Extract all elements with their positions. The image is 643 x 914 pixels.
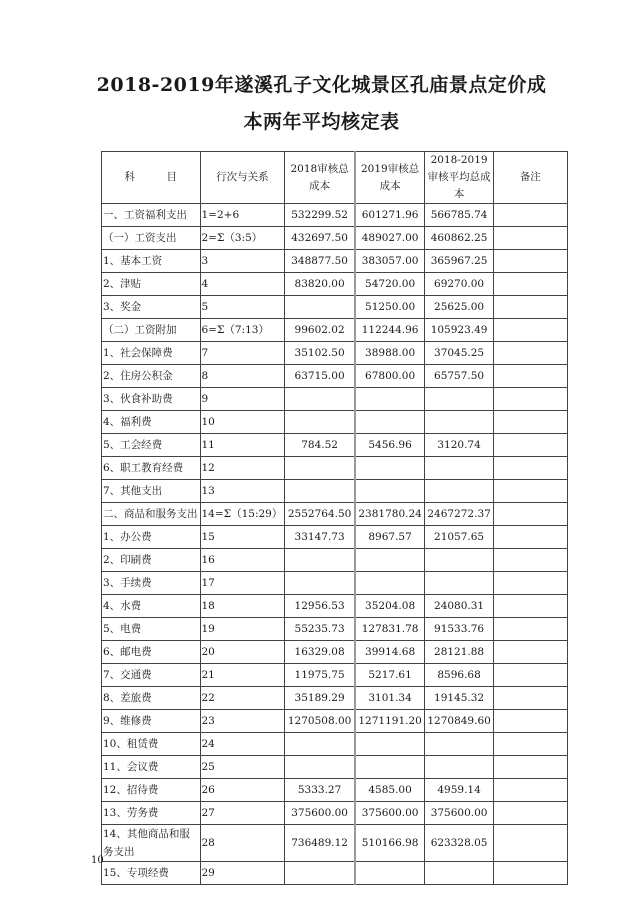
table-row: 4、福利费10 (102, 411, 568, 434)
row-relation: 7 (200, 342, 285, 365)
row-average-cost: 623328.05 (425, 825, 493, 862)
table-row: 4、水费1812956.5335204.0824080.31 (102, 595, 568, 618)
row-2018-cost: 2552764.50 (285, 503, 355, 526)
row-2019-cost: 5456.96 (355, 434, 425, 457)
row-note (493, 687, 567, 710)
table-row: 15、专项经费29 (102, 862, 568, 885)
row-item: 3、手续费 (102, 572, 201, 595)
row-relation: 19 (200, 618, 285, 641)
row-2018-cost: 83820.00 (285, 273, 355, 296)
row-relation: 18 (200, 595, 285, 618)
row-note (493, 503, 567, 526)
row-average-cost (425, 572, 493, 595)
header-average: 2018-2019审核平均总成本 (425, 152, 493, 204)
table-row: 1、社会保障费735102.5038988.0037045.25 (102, 342, 568, 365)
row-average-cost: 19145.32 (425, 687, 493, 710)
table-row: 5、工会经费11784.525456.963120.74 (102, 434, 568, 457)
row-note (493, 457, 567, 480)
row-2018-cost: 1270508.00 (285, 710, 355, 733)
row-item: 2、津贴 (102, 273, 201, 296)
row-2019-cost: 8967.57 (355, 526, 425, 549)
table-row: 2、印刷费16 (102, 549, 568, 572)
row-2019-cost: 5217.61 (355, 664, 425, 687)
row-item: 5、电费 (102, 618, 201, 641)
row-2018-cost (285, 457, 355, 480)
row-2019-cost (355, 480, 425, 503)
row-2018-cost (285, 733, 355, 756)
row-average-cost: 28121.88 (425, 641, 493, 664)
table-row: 10、租赁费24 (102, 733, 568, 756)
row-relation: 25 (200, 756, 285, 779)
row-relation: 1=2+6 (200, 204, 285, 227)
row-average-cost: 25625.00 (425, 296, 493, 319)
row-relation: 4 (200, 273, 285, 296)
row-average-cost: 365967.25 (425, 250, 493, 273)
row-average-cost: 566785.74 (425, 204, 493, 227)
row-average-cost: 24080.31 (425, 595, 493, 618)
row-relation: 10 (200, 411, 285, 434)
row-item: 5、工会经费 (102, 434, 201, 457)
row-item: 1、办公费 (102, 526, 201, 549)
row-average-cost: 460862.25 (425, 227, 493, 250)
table-row: 2、住房公积金863715.0067800.0065757.50 (102, 365, 568, 388)
row-relation: 12 (200, 457, 285, 480)
row-relation: 22 (200, 687, 285, 710)
row-2018-cost (285, 549, 355, 572)
row-note (493, 204, 567, 227)
row-2018-cost: 35189.29 (285, 687, 355, 710)
row-note (493, 250, 567, 273)
row-relation: 13 (200, 480, 285, 503)
row-note (493, 319, 567, 342)
row-average-cost: 37045.25 (425, 342, 493, 365)
row-2018-cost (285, 862, 355, 885)
row-2019-cost: 4585.00 (355, 779, 425, 802)
table-row: 13、劳务费27375600.00375600.00375600.00 (102, 802, 568, 825)
row-item: 14、其他商品和服务支出 (102, 825, 201, 862)
row-2019-cost: 510166.98 (355, 825, 425, 862)
row-2018-cost (285, 480, 355, 503)
row-note (493, 802, 567, 825)
row-note (493, 641, 567, 664)
row-note (493, 756, 567, 779)
row-2019-cost (355, 733, 425, 756)
table-row: 6、职工教育经费12 (102, 457, 568, 480)
row-item: （一）工资支出 (102, 227, 201, 250)
row-item: （二）工资附加 (102, 319, 201, 342)
row-item: 9、维修费 (102, 710, 201, 733)
table-row: 1、基本工资3348877.50383057.00365967.25 (102, 250, 568, 273)
table-row: 5、电费1955235.73127831.7891533.76 (102, 618, 568, 641)
table-row: 1、办公费1533147.738967.5721057.65 (102, 526, 568, 549)
header-item: 科 目 (102, 152, 201, 204)
row-item: 3、伙食补助费 (102, 388, 201, 411)
row-note (493, 411, 567, 434)
row-2018-cost (285, 411, 355, 434)
row-2018-cost: 99602.02 (285, 319, 355, 342)
row-2018-cost: 784.52 (285, 434, 355, 457)
row-item: 二、商品和服务支出 (102, 503, 201, 526)
row-average-cost: 375600.00 (425, 802, 493, 825)
row-2018-cost: 532299.52 (285, 204, 355, 227)
row-note (493, 526, 567, 549)
row-note (493, 618, 567, 641)
row-2018-cost: 11975.75 (285, 664, 355, 687)
header-relation: 行次与关系 (200, 152, 285, 204)
table-row: 3、手续费17 (102, 572, 568, 595)
table-row: 3、奖金551250.0025625.00 (102, 296, 568, 319)
row-2019-cost: 39914.68 (355, 641, 425, 664)
row-2019-cost (355, 572, 425, 595)
row-note (493, 342, 567, 365)
header-2019: 2019审核总成本 (355, 152, 425, 204)
table-row: 3、伙食补助费9 (102, 388, 568, 411)
row-average-cost (425, 480, 493, 503)
document-title-line-2: 本两年平均核定表 (0, 107, 643, 134)
row-note (493, 710, 567, 733)
row-2018-cost: 55235.73 (285, 618, 355, 641)
row-relation: 3 (200, 250, 285, 273)
row-item: 7、其他支出 (102, 480, 201, 503)
table-row: 一、工资福利支出1=2+6532299.52601271.96566785.74 (102, 204, 568, 227)
row-average-cost: 4959.14 (425, 779, 493, 802)
row-average-cost: 3120.74 (425, 434, 493, 457)
page-number: 10 (91, 855, 104, 866)
row-2019-cost: 375600.00 (355, 802, 425, 825)
row-note (493, 365, 567, 388)
row-relation: 26 (200, 779, 285, 802)
document-title-line-1: 2018-2019年遂溪孔子文化城景区孔庙景点定价成 (0, 70, 643, 97)
row-note (493, 549, 567, 572)
row-2019-cost (355, 388, 425, 411)
table-row: 7、交通费2111975.755217.618596.68 (102, 664, 568, 687)
row-item: 1、基本工资 (102, 250, 201, 273)
row-item: 2、住房公积金 (102, 365, 201, 388)
row-item: 15、专项经费 (102, 862, 201, 885)
row-item: 2、印刷费 (102, 549, 201, 572)
row-2019-cost: 51250.00 (355, 296, 425, 319)
table-row: 8、差旅费2235189.293101.3419145.32 (102, 687, 568, 710)
row-item: 6、邮电费 (102, 641, 201, 664)
header-note: 备注 (493, 152, 567, 204)
row-2019-cost: 35204.08 (355, 595, 425, 618)
row-2019-cost (355, 549, 425, 572)
row-relation: 24 (200, 733, 285, 756)
row-2019-cost: 3101.34 (355, 687, 425, 710)
row-note (493, 296, 567, 319)
row-note (493, 273, 567, 296)
row-relation: 21 (200, 664, 285, 687)
row-relation: 14=Σ（15:29） (200, 503, 285, 526)
row-2019-cost: 112244.96 (355, 319, 425, 342)
row-2018-cost (285, 756, 355, 779)
row-item: 13、劳务费 (102, 802, 201, 825)
row-2018-cost (285, 296, 355, 319)
table-row: 9、维修费231270508.001271191.201270849.60 (102, 710, 568, 733)
row-note (493, 862, 567, 885)
row-note (493, 572, 567, 595)
row-relation: 16 (200, 549, 285, 572)
row-2018-cost: 35102.50 (285, 342, 355, 365)
table-row: 二、商品和服务支出14=Σ（15:29）2552764.502381780.24… (102, 503, 568, 526)
row-relation: 8 (200, 365, 285, 388)
row-2018-cost: 736489.12 (285, 825, 355, 862)
row-2018-cost: 16329.08 (285, 641, 355, 664)
table-row: 12、招待费265333.274585.004959.14 (102, 779, 568, 802)
table-row: （一）工资支出2=Σ（3:5）432697.50489027.00460862.… (102, 227, 568, 250)
row-2019-cost (355, 411, 425, 434)
row-note (493, 227, 567, 250)
row-average-cost (425, 411, 493, 434)
row-relation: 9 (200, 388, 285, 411)
row-2019-cost: 38988.00 (355, 342, 425, 365)
table-row: 2、津贴483820.0054720.0069270.00 (102, 273, 568, 296)
row-2018-cost (285, 388, 355, 411)
row-note (493, 480, 567, 503)
row-relation: 23 (200, 710, 285, 733)
row-relation: 28 (200, 825, 285, 862)
row-2018-cost (285, 572, 355, 595)
table-row: 11、会议费25 (102, 756, 568, 779)
row-2019-cost: 1271191.20 (355, 710, 425, 733)
row-item: 3、奖金 (102, 296, 201, 319)
row-item: 12、招待费 (102, 779, 201, 802)
row-2019-cost (355, 862, 425, 885)
row-average-cost (425, 388, 493, 411)
row-average-cost: 91533.76 (425, 618, 493, 641)
row-relation: 20 (200, 641, 285, 664)
row-2019-cost: 127831.78 (355, 618, 425, 641)
row-item: 8、差旅费 (102, 687, 201, 710)
row-2018-cost: 375600.00 (285, 802, 355, 825)
row-item: 11、会议费 (102, 756, 201, 779)
row-relation: 5 (200, 296, 285, 319)
table-row: 6、邮电费2016329.0839914.6828121.88 (102, 641, 568, 664)
row-2019-cost (355, 457, 425, 480)
row-2019-cost: 54720.00 (355, 273, 425, 296)
row-2018-cost: 12956.53 (285, 595, 355, 618)
table-row: 7、其他支出13 (102, 480, 568, 503)
row-2019-cost: 2381780.24 (355, 503, 425, 526)
row-average-cost (425, 549, 493, 572)
row-average-cost: 21057.65 (425, 526, 493, 549)
row-note (493, 664, 567, 687)
row-relation: 17 (200, 572, 285, 595)
table-row: 14、其他商品和服务支出28736489.12510166.98623328.0… (102, 825, 568, 862)
row-note (493, 779, 567, 802)
row-average-cost (425, 457, 493, 480)
row-note (493, 434, 567, 457)
row-relation: 29 (200, 862, 285, 885)
row-average-cost (425, 733, 493, 756)
row-2019-cost: 601271.96 (355, 204, 425, 227)
row-average-cost: 2467272.37 (425, 503, 493, 526)
row-item: 10、租赁费 (102, 733, 201, 756)
row-2019-cost: 383057.00 (355, 250, 425, 273)
row-item: 6、职工教育经费 (102, 457, 201, 480)
row-average-cost: 105923.49 (425, 319, 493, 342)
row-2018-cost: 348877.50 (285, 250, 355, 273)
row-item: 7、交通费 (102, 664, 201, 687)
row-average-cost: 65757.50 (425, 365, 493, 388)
row-relation: 15 (200, 526, 285, 549)
row-item: 一、工资福利支出 (102, 204, 201, 227)
row-note (493, 595, 567, 618)
row-note (493, 825, 567, 862)
row-relation: 11 (200, 434, 285, 457)
row-relation: 6=Σ（7:13） (200, 319, 285, 342)
row-average-cost: 8596.68 (425, 664, 493, 687)
row-note (493, 733, 567, 756)
row-relation: 2=Σ（3:5） (200, 227, 285, 250)
row-average-cost: 1270849.60 (425, 710, 493, 733)
row-item: 4、福利费 (102, 411, 201, 434)
row-average-cost (425, 756, 493, 779)
row-relation: 27 (200, 802, 285, 825)
row-2018-cost: 63715.00 (285, 365, 355, 388)
row-item: 1、社会保障费 (102, 342, 201, 365)
row-note (493, 388, 567, 411)
row-2019-cost (355, 756, 425, 779)
row-2018-cost: 5333.27 (285, 779, 355, 802)
row-average-cost (425, 862, 493, 885)
row-2019-cost: 489027.00 (355, 227, 425, 250)
row-average-cost: 69270.00 (425, 273, 493, 296)
row-2018-cost: 432697.50 (285, 227, 355, 250)
cost-table: 科 目 行次与关系 2018审核总成本 2019审核总成本 2018-2019审… (101, 151, 568, 885)
table-row: （二）工资附加6=Σ（7:13）99602.02112244.96105923.… (102, 319, 568, 342)
row-2019-cost: 67800.00 (355, 365, 425, 388)
table-header-row: 科 目 行次与关系 2018审核总成本 2019审核总成本 2018-2019审… (102, 152, 568, 204)
header-2018: 2018审核总成本 (285, 152, 355, 204)
row-2018-cost: 33147.73 (285, 526, 355, 549)
table-body: 一、工资福利支出1=2+6532299.52601271.96566785.74… (102, 204, 568, 885)
row-item: 4、水费 (102, 595, 201, 618)
